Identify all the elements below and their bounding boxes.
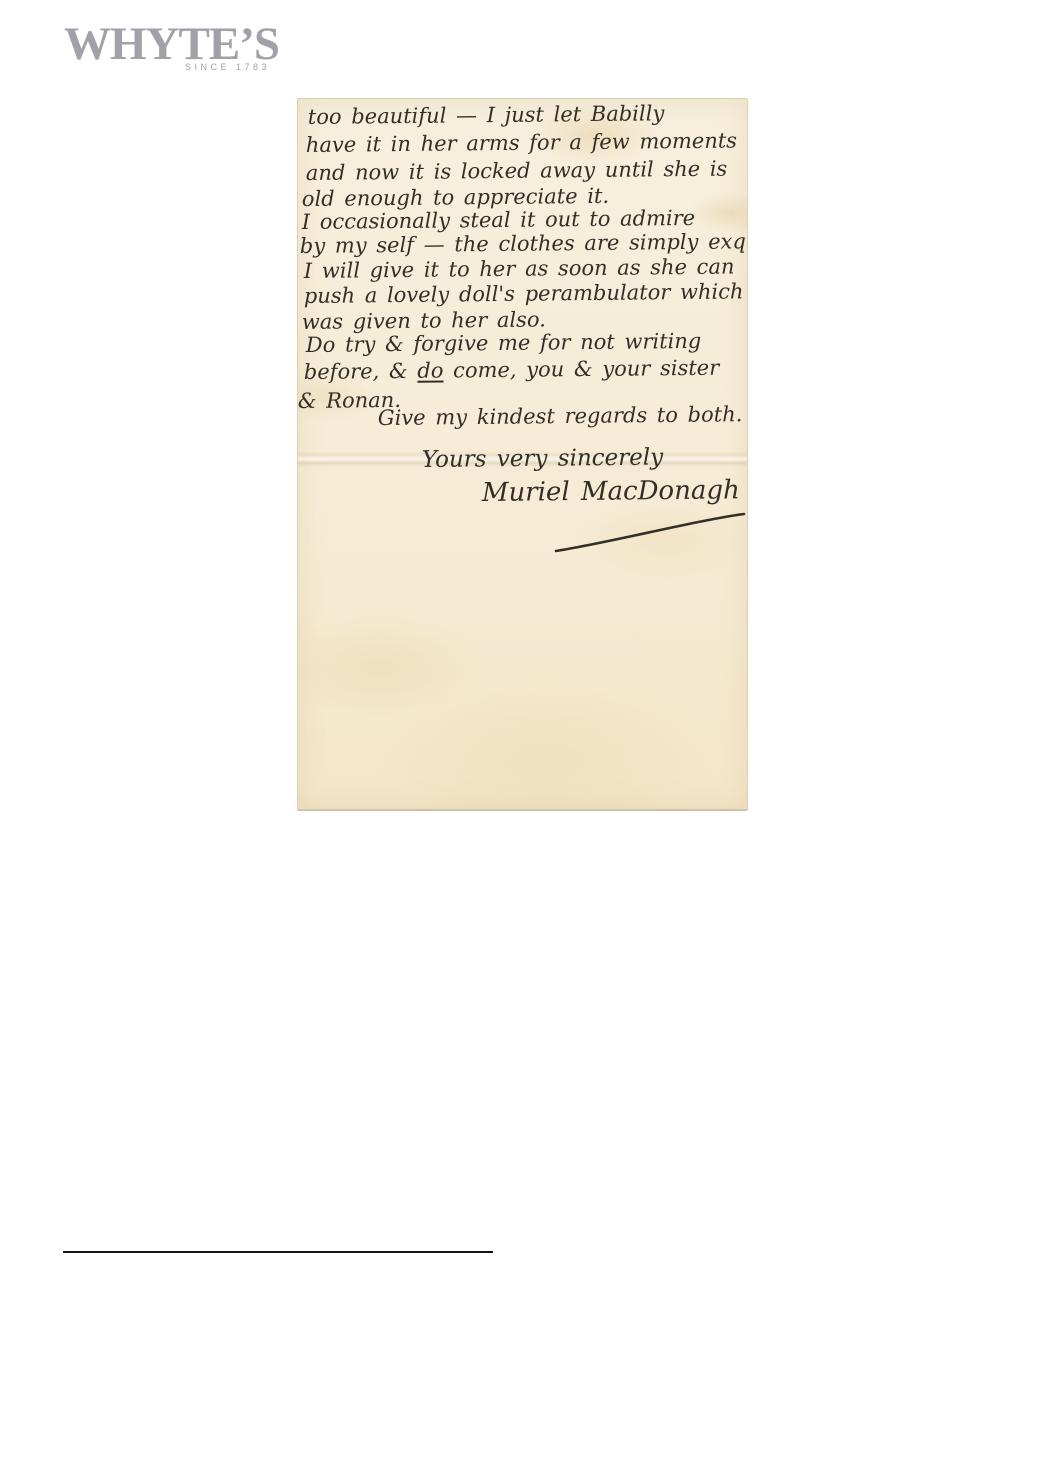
letter-line: Give my kindest regards to both.	[378, 401, 743, 431]
catalogue-page: WHYTE’S SINCE 1783 too beautiful — I jus…	[0, 0, 1040, 1471]
letter-line: Yours very sincerely	[422, 444, 664, 473]
footnote-rule	[63, 1251, 493, 1253]
letter-line: and now it is locked away until she is	[306, 156, 728, 186]
letter-line: push a lovely doll's perambulator which	[304, 278, 744, 309]
letter-line: have it in her arms for a few moments	[306, 127, 737, 158]
letter-line: too beautiful — I just let Babilly	[308, 100, 665, 130]
letter-scan: too beautiful — I just let Babillyhave i…	[297, 98, 748, 811]
letter-line: before, & do come, you & your sister	[304, 355, 720, 385]
letter-line: Muriel MacDonagh	[482, 477, 740, 506]
letter-line: Do try & forgive me for not writing	[306, 328, 702, 358]
logo-wordmark: WHYTE’S	[64, 22, 274, 66]
whytes-logo: WHYTE’S SINCE 1783	[64, 22, 274, 72]
letter-lines: too beautiful — I just let Babillyhave i…	[298, 99, 747, 809]
